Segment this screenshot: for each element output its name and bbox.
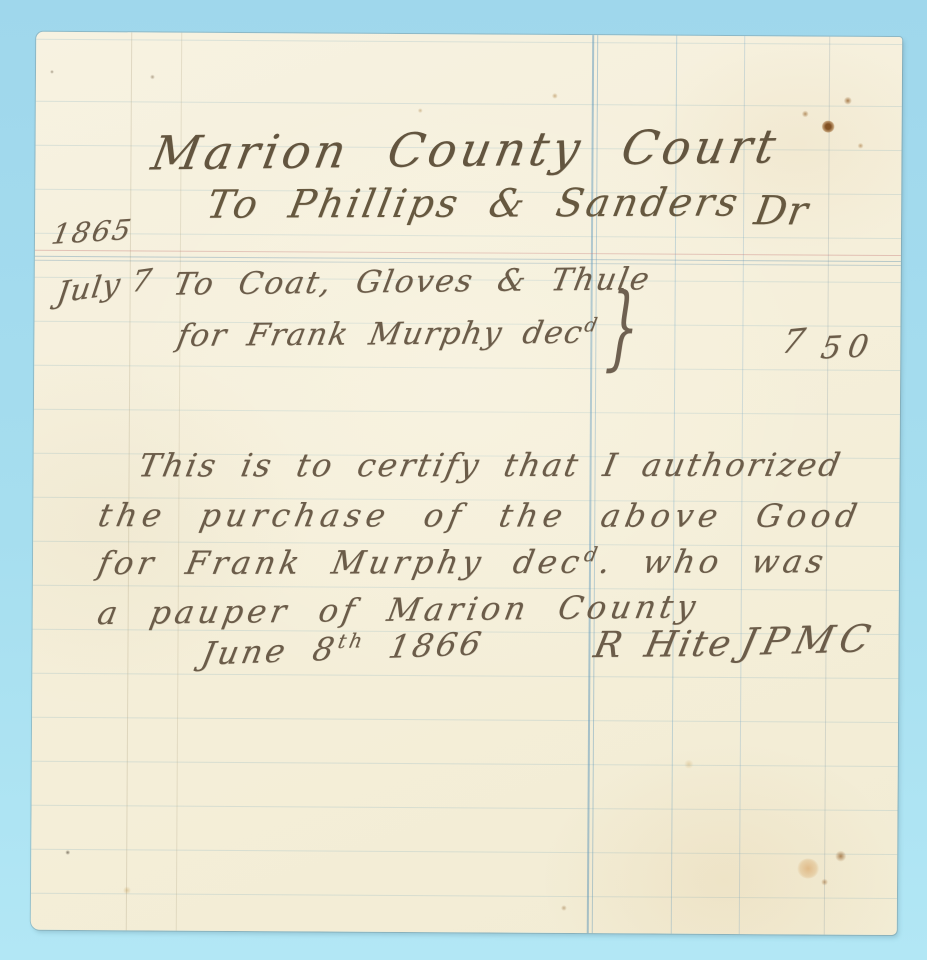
certification-line-3-post: . who was	[596, 542, 830, 581]
foxing-stain	[123, 886, 131, 894]
entry-item-line-2-text: for Frank Murphy dec	[174, 315, 586, 354]
money-column-rule-4	[824, 37, 830, 935]
certification-line-2: the purchase of the above Good	[95, 496, 865, 535]
foxing-stain	[50, 70, 54, 74]
foxing-stain	[65, 850, 70, 855]
entry-item-line-1: To Coat, Gloves & Thule	[171, 261, 654, 302]
signature-name: R Hite	[590, 624, 736, 666]
certification-line-3-pre: for Frank Murphy dec	[95, 543, 587, 582]
dateline-year: 1866	[360, 624, 487, 666]
header-underline-red	[35, 250, 901, 256]
foxing-stain	[858, 143, 864, 149]
foxing-stain	[821, 879, 828, 886]
entry-date: July 7	[55, 262, 155, 310]
left-date-column-rule	[126, 32, 132, 930]
foxing-stain	[797, 858, 819, 878]
foxing-stain	[418, 108, 423, 113]
foxing-stain	[552, 93, 558, 99]
certification-line-3: for Frank Murphy decd. who was	[95, 542, 831, 582]
foxing-stain	[684, 760, 694, 769]
certification-line-1: This is to certify that I authorized	[135, 446, 845, 485]
amount-dollars: 7	[778, 320, 808, 361]
amount-cents: 50	[818, 328, 878, 366]
foxing-stain	[561, 905, 567, 911]
foxing-stain	[802, 110, 809, 117]
dateline-day: June 8	[198, 630, 340, 673]
entry-year: 1865	[49, 213, 136, 251]
foxing-stain	[844, 97, 852, 105]
entry-brace: }	[604, 273, 641, 380]
entry-item-line-2-superscript: d	[583, 313, 601, 336]
entry-item-line-2: for Frank Murphy decd	[174, 313, 600, 354]
certification-dateline: June 8th 1866	[198, 624, 487, 672]
foxing-stain	[822, 121, 835, 133]
foxing-stain	[150, 74, 155, 79]
ledger-paper-sheet: Marion County Court To Phillips & Sander…	[31, 32, 902, 935]
signature-title-abbreviation: J P M C	[736, 617, 871, 664]
header-court-name: Marion County Court	[147, 119, 783, 181]
foxing-stain	[835, 851, 846, 862]
header-debtor-line: To Phillips & Sanders	[203, 181, 744, 228]
debit-abbreviation: Dr	[751, 188, 812, 234]
